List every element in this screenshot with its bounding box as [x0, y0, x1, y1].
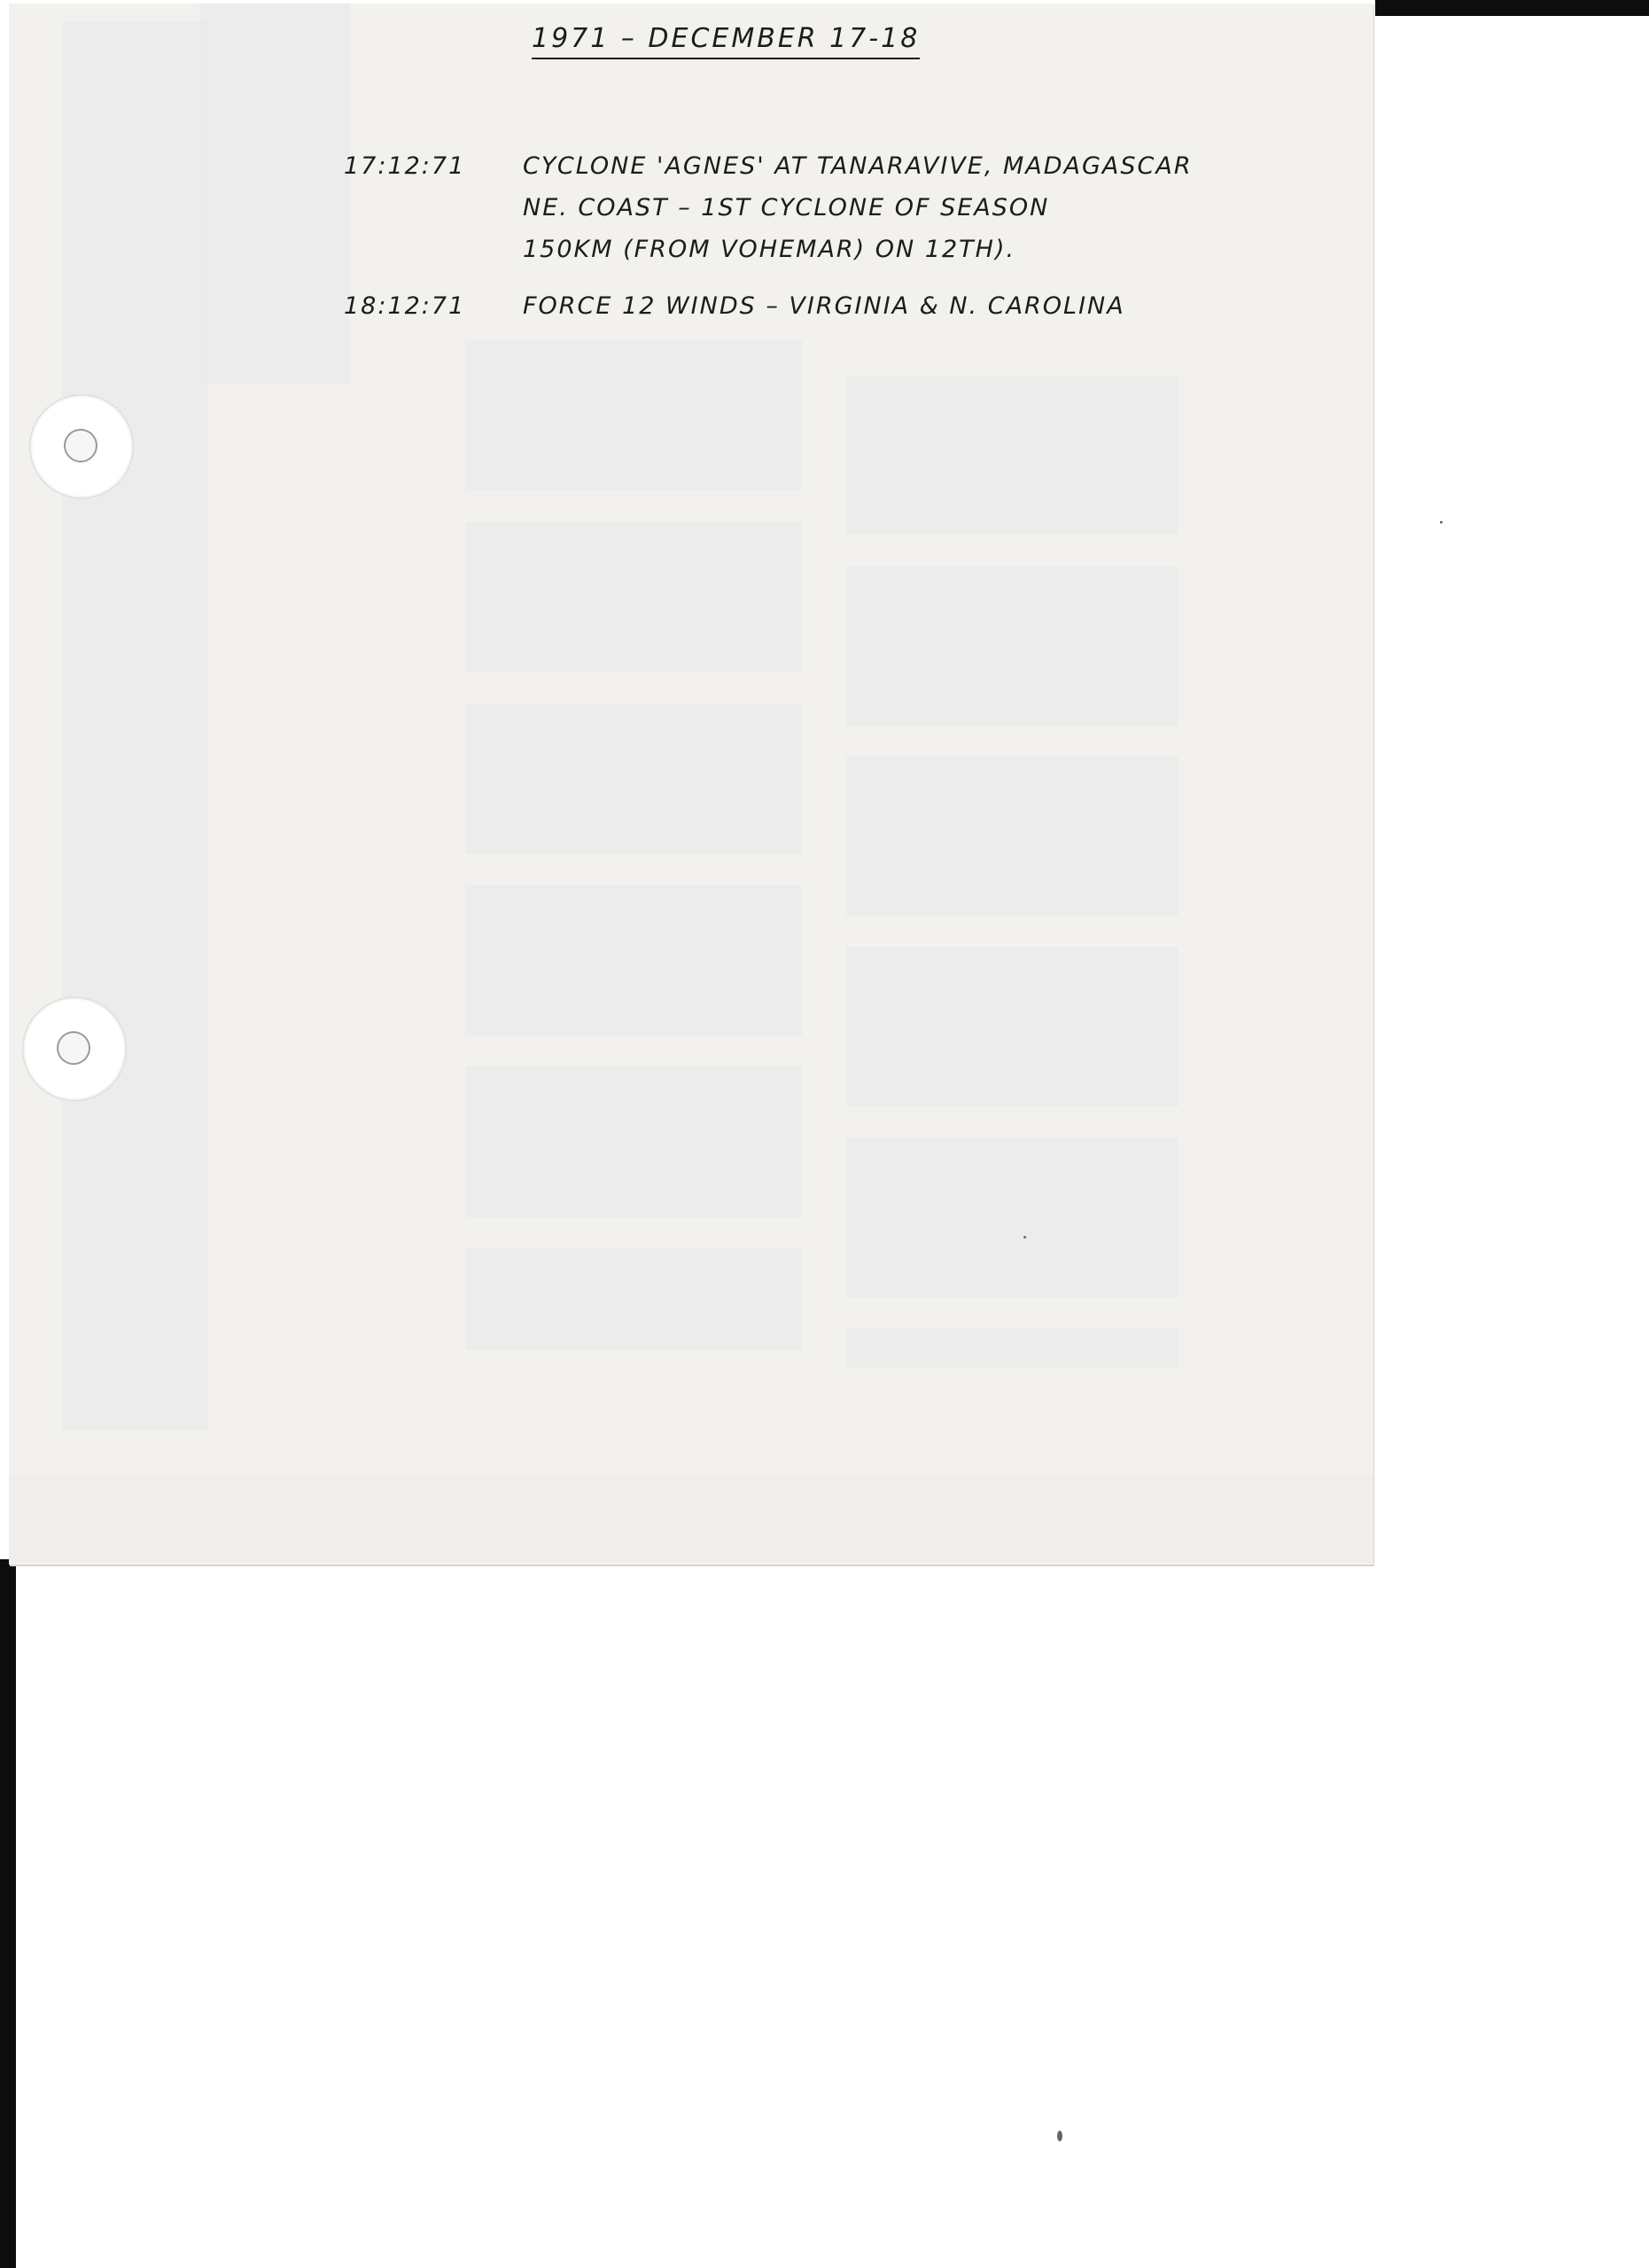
- page-heading: 1971 – December 17-18: [532, 23, 920, 59]
- punch-hole-reinforcement-bottom: [23, 998, 126, 1100]
- show-through-panel: [199, 4, 350, 384]
- entry-line: Cyclone 'Agnes' at Tanaravive, Madagasca…: [523, 152, 1193, 180]
- scan-border-top: [1375, 0, 1649, 16]
- punch-hole-reinforcement-top: [30, 395, 133, 498]
- show-through-column-1: [465, 340, 802, 1350]
- show-through-column-2: [846, 376, 1178, 1368]
- entry-date: 17:12:71: [344, 152, 465, 180]
- show-through-bottom: [9, 1474, 1373, 1563]
- entry-date: 18:12:71: [344, 292, 465, 320]
- show-through-band: [62, 21, 208, 1430]
- entry-line: Force 12 Winds – Virginia & N. Carolina: [523, 292, 1125, 320]
- dust-speck: [1057, 2131, 1062, 2141]
- dust-speck: [1023, 1236, 1026, 1239]
- scan-border-left: [0, 1559, 16, 2268]
- notebook-page: 1971 – December 17-18 17:12:71 Cyclone '…: [9, 4, 1373, 1565]
- entry-line: NE. Coast – 1st Cyclone of Season: [523, 194, 1049, 221]
- dust-speck: [1440, 521, 1443, 524]
- entry-line: 150km (from Vohemar) on 12th).: [523, 236, 1015, 263]
